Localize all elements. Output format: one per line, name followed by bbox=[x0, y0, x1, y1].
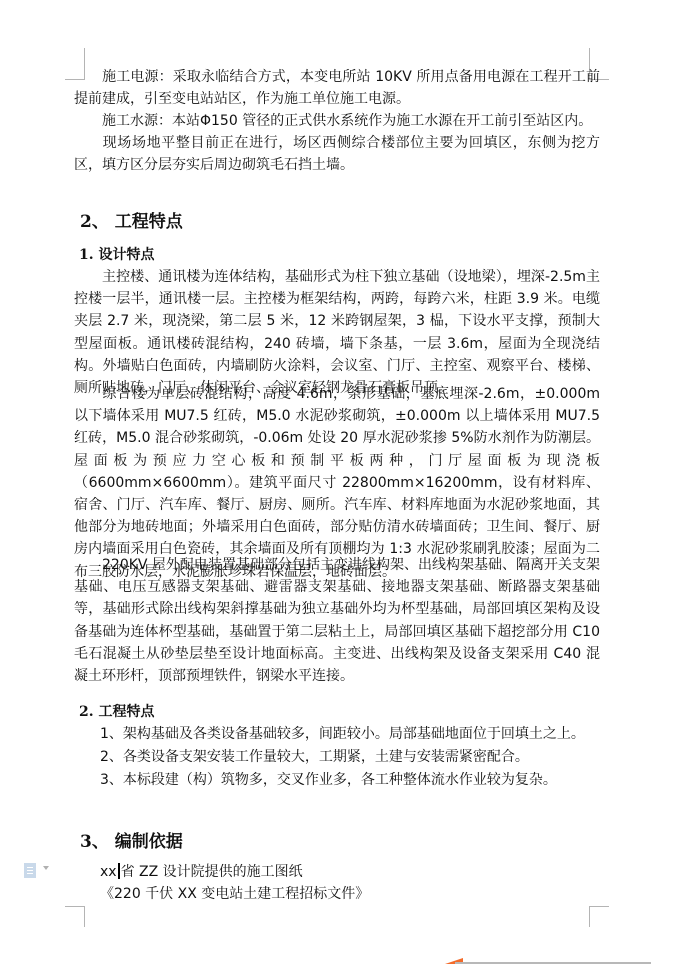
basis-line-bidding-document[interactable]: 《220 千伏 XX 变电站土建工程招标文件》 bbox=[100, 883, 369, 905]
paragraph-water-source[interactable]: 施工水源：本站Φ150 管径的正式供水系统作为施工水源在开工前引至站区内。 bbox=[74, 110, 600, 132]
list-item-feature-1[interactable]: 1、架构基础及各类设备基础较多，间距较小。局部基础地面位于回填土之上。 bbox=[100, 723, 585, 745]
basis-line-design-drawings[interactable]: xx省 ZZ 设计院提供的施工图纸 bbox=[100, 861, 303, 883]
margin-corner-bottom-right bbox=[589, 906, 609, 927]
heading-compilation-basis: 3、 编制依据 bbox=[80, 827, 183, 852]
document-page: 施工电源：采取永临结合方式，本变电所站 10KV 所用点备用电源在工程开工前提前… bbox=[0, 0, 680, 964]
paragraph-220kv-foundation[interactable]: 220KV 屋外配电装置基础部分包括主变进线构架、出线构架基础、隔离开关支架基础… bbox=[74, 554, 600, 687]
subheading-project-features: 2. 工程特点 bbox=[79, 701, 155, 721]
paragraph-main-control-building[interactable]: 主控楼、通讯楼为连体结构，基础形式为柱下独立基础（设地梁），埋深-2.5m主控楼… bbox=[74, 266, 600, 399]
paragraph-site-grading[interactable]: 现场场地平整目前正在进行，场区西侧综合楼部位主要为回填区，东侧为挖方区，填方区分… bbox=[74, 132, 600, 176]
paragraph-power-source[interactable]: 施工电源：采取永临结合方式，本变电所站 10KV 所用点备用电源在工程开工前提前… bbox=[74, 66, 600, 110]
paragraph-complex-building[interactable]: 综合楼为单层砖混结构，高度 4.6m，条形基础，基底埋深-2.6m，±0.000… bbox=[74, 383, 600, 583]
chevron-down-icon[interactable] bbox=[43, 866, 49, 870]
document-paste-options-icon[interactable] bbox=[24, 863, 36, 878]
heading-engineering-features: 2、 工程特点 bbox=[80, 207, 183, 232]
list-item-feature-3[interactable]: 3、本标段建（构）筑物多，交叉作业多，各工种整体流水作业较为复杂。 bbox=[100, 769, 557, 791]
subheading-design-features: 1. 设计特点 bbox=[79, 244, 155, 264]
list-item-feature-2[interactable]: 2、各类设备支架安装工作量较大，工期紧，土建与安装需紧密配合。 bbox=[100, 746, 529, 768]
margin-corner-bottom-left bbox=[65, 906, 85, 927]
text-cursor bbox=[118, 863, 120, 879]
